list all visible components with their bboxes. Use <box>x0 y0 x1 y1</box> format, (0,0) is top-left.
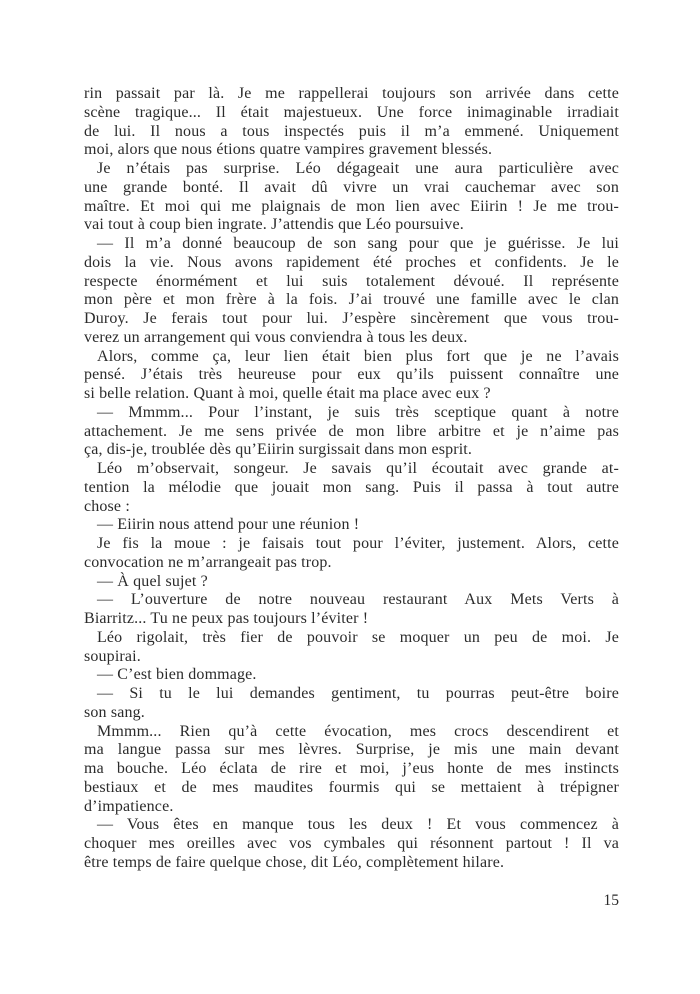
text-line: bestiaux et de mes maudites fourmis qui … <box>84 779 619 798</box>
text-line: scène tragique... Il était majestueux. U… <box>84 104 619 123</box>
text-line: vai tout à coup bien ingrate. J’attendis… <box>84 216 619 235</box>
text-line: attachement. Je me sens privée de mon li… <box>84 423 619 442</box>
paragraph: — À quel sujet ? <box>84 573 619 592</box>
text-line: Mmmm... Rien qu’à cette évocation, mes c… <box>84 723 619 742</box>
text-line: — Eiirin nous attend pour une réunion ! <box>84 516 619 535</box>
paragraph: Mmmm... Rien qu’à cette évocation, mes c… <box>84 723 619 817</box>
paragraph: Je fis la moue : je faisais tout pour l’… <box>84 535 619 573</box>
text-line: moi, alors que nous étions quatre vampir… <box>84 141 619 160</box>
book-page: rin passait par là. Je me rappellerai to… <box>0 0 700 994</box>
paragraph: — Vous êtes en manque tous les deux ! Et… <box>84 816 619 872</box>
text-line: ça, dis-je, troublée dès qu’Eiirin surgi… <box>84 441 619 460</box>
text-line: mon père et mon frère à la fois. J’ai tr… <box>84 291 619 310</box>
paragraph: — C’est bien dommage. <box>84 666 619 685</box>
text-line: chose : <box>84 498 619 517</box>
paragraph: rin passait par là. Je me rappellerai to… <box>84 85 619 160</box>
text-line: — Vous êtes en manque tous les deux ! Et… <box>84 816 619 835</box>
text-line: — À quel sujet ? <box>84 573 619 592</box>
paragraph: Je n’étais pas surprise. Léo dégageait u… <box>84 160 619 235</box>
paragraph: Alors, comme ça, leur lien était bien pl… <box>84 348 619 404</box>
text-line: Alors, comme ça, leur lien était bien pl… <box>84 348 619 367</box>
text-line: Je n’étais pas surprise. Léo dégageait u… <box>84 160 619 179</box>
paragraph: Léo rigolait, très fier de pouvoir se mo… <box>84 629 619 667</box>
text-line: être temps de faire quelque chose, dit L… <box>84 854 619 873</box>
page-number: 15 <box>84 892 619 910</box>
text-line: — Si tu le lui demandes gentiment, tu po… <box>84 685 619 704</box>
page-text: rin passait par là. Je me rappellerai to… <box>84 85 619 873</box>
text-line: Biarritz... Tu ne peux pas toujours l’év… <box>84 610 619 629</box>
text-line: Je fis la moue : je faisais tout pour l’… <box>84 535 619 554</box>
text-line: ma langue passa sur mes lèvres. Surprise… <box>84 741 619 760</box>
text-line: — C’est bien dommage. <box>84 666 619 685</box>
text-line: — L’ouverture de notre nouveau restauran… <box>84 591 619 610</box>
paragraph: — Il m’a donné beaucoup de son sang pour… <box>84 235 619 348</box>
text-line: — Il m’a donné beaucoup de son sang pour… <box>84 235 619 254</box>
text-line: pensé. J’étais très heureuse pour eux qu… <box>84 366 619 385</box>
text-line: Léo m’observait, songeur. Je savais qu’i… <box>84 460 619 479</box>
paragraph: Léo m’observait, songeur. Je savais qu’i… <box>84 460 619 516</box>
text-line: convocation ne m’arrangeait pas trop. <box>84 554 619 573</box>
text-line: soupirai. <box>84 648 619 667</box>
paragraph: — Si tu le lui demandes gentiment, tu po… <box>84 685 619 723</box>
text-line: Léo rigolait, très fier de pouvoir se mo… <box>84 629 619 648</box>
text-line: Duroy. Je ferais tout pour lui. J’espère… <box>84 310 619 329</box>
text-line: — Mmmm... Pour l’instant, je suis très s… <box>84 404 619 423</box>
text-line: maître. Et moi qui me plaignais de mon l… <box>84 198 619 217</box>
text-line: ma bouche. Léo éclata de rire et moi, j’… <box>84 760 619 779</box>
paragraph: — Eiirin nous attend pour une réunion ! <box>84 516 619 535</box>
text-line: rin passait par là. Je me rappellerai to… <box>84 85 619 104</box>
text-line: de lui. Il nous a tous inspectés puis il… <box>84 123 619 142</box>
paragraph: — L’ouverture de notre nouveau restauran… <box>84 591 619 629</box>
text-line: dois la vie. Nous avons rapidement été p… <box>84 254 619 273</box>
text-line: si belle relation. Quant à moi, quelle é… <box>84 385 619 404</box>
text-line: son sang. <box>84 704 619 723</box>
text-line: choquer mes oreilles avec vos cymbales q… <box>84 835 619 854</box>
text-line: tention la mélodie que jouait mon sang. … <box>84 479 619 498</box>
paragraph: — Mmmm... Pour l’instant, je suis très s… <box>84 404 619 460</box>
text-line: verez un arrangement qui vous conviendra… <box>84 329 619 348</box>
text-line: d’impatience. <box>84 798 619 817</box>
text-line: respecte énormément et lui suis totaleme… <box>84 273 619 292</box>
text-line: une grande bonté. Il avait dû vivre un v… <box>84 179 619 198</box>
